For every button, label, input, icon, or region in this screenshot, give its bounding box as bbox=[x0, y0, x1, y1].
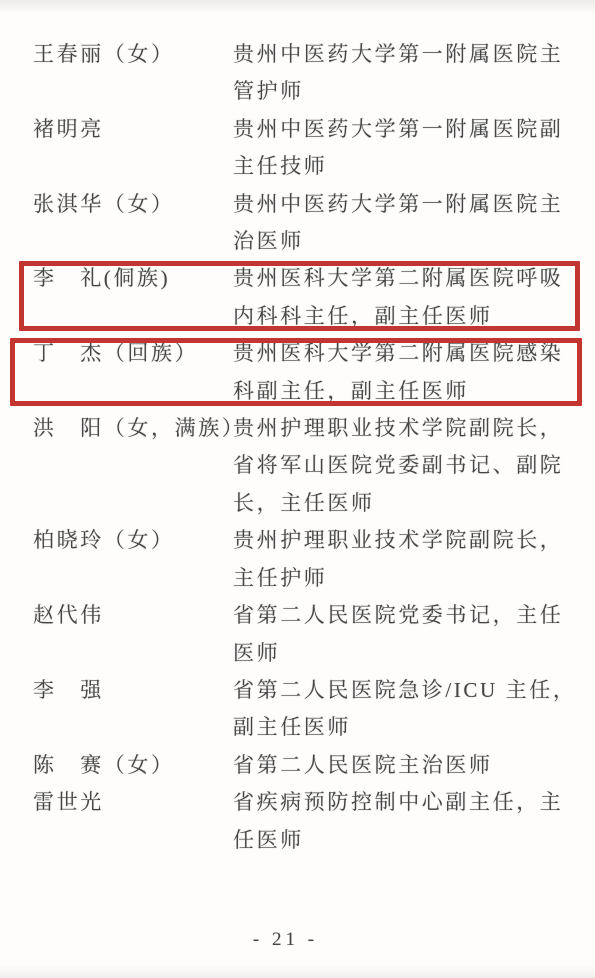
position-line: 贵州护理职业技术学院副院长， bbox=[233, 410, 595, 447]
position-line: 贵州护理职业技术学院副院长， bbox=[233, 522, 595, 559]
position-line: 省第二人民医院党委书记，主任 bbox=[233, 597, 595, 634]
position-line: 管护师 bbox=[233, 73, 595, 110]
person-position: 贵州中医药大学第一附属医院副主任技师 bbox=[233, 111, 595, 186]
position-line: 主任护师 bbox=[233, 560, 595, 597]
person-name: 张淇华（女） bbox=[33, 186, 233, 223]
person-name: 褚明亮 bbox=[33, 111, 233, 148]
person-position: 贵州护理职业技术学院副院长，主任护师 bbox=[233, 522, 595, 597]
person-position: 省第二人民医院急诊/ICU 主任，副主任医师 bbox=[233, 672, 595, 747]
roster-entry: 褚明亮贵州中医药大学第一附属医院副主任技师 bbox=[33, 111, 595, 186]
position-line: 省疾病预防控制中心副主任，主 bbox=[233, 784, 595, 821]
roster-entry: 陈 赛（女）省第二人民医院主治医师 bbox=[33, 747, 595, 784]
roster-entry: 张淇华（女）贵州中医药大学第一附属医院主治医师 bbox=[33, 186, 595, 261]
position-line: 省将军山医院党委副书记、副院 bbox=[233, 447, 595, 484]
person-position: 贵州医科大学第二附属医院呼吸内科科主任，副主任医师 bbox=[233, 260, 595, 335]
page-number: - 21 - bbox=[253, 929, 318, 950]
document-page: 王春丽（女）贵州中医药大学第一附属医院主管护师褚明亮贵州中医药大学第一附属医院副… bbox=[0, 0, 595, 978]
person-name: 丁 杰（回族） bbox=[33, 335, 233, 372]
position-line: 省第二人民医院急诊/ICU 主任， bbox=[233, 672, 595, 709]
position-line: 贵州中医药大学第一附属医院副 bbox=[233, 111, 595, 148]
person-position: 省疾病预防控制中心副主任，主任医师 bbox=[233, 784, 595, 859]
page-footer: - 21 - bbox=[0, 929, 595, 951]
person-name: 李 强 bbox=[33, 672, 233, 709]
person-position: 省第二人民医院主治医师 bbox=[233, 747, 595, 784]
person-position: 省第二人民医院党委书记，主任医师 bbox=[233, 597, 595, 672]
person-name: 洪 阳（女，满族） bbox=[33, 410, 233, 447]
position-line: 贵州中医药大学第一附属医院主 bbox=[233, 186, 595, 223]
person-position: 贵州中医药大学第一附属医院主管护师 bbox=[233, 36, 595, 111]
person-position: 贵州中医药大学第一附属医院主治医师 bbox=[233, 186, 595, 261]
roster-entry: 丁 杰（回族）贵州医科大学第二附属医院感染科副主任，副主任医师 bbox=[33, 335, 595, 410]
position-line: 任医师 bbox=[233, 822, 595, 859]
position-line: 医师 bbox=[233, 635, 595, 672]
person-name: 王春丽（女） bbox=[33, 36, 233, 73]
person-name: 陈 赛（女） bbox=[33, 747, 233, 784]
roster-list: 王春丽（女）贵州中医药大学第一附属医院主管护师褚明亮贵州中医药大学第一附属医院副… bbox=[33, 36, 595, 859]
roster-entry: 洪 阳（女，满族）贵州护理职业技术学院副院长，省将军山医院党委副书记、副院长，主… bbox=[33, 410, 595, 522]
person-name: 雷世光 bbox=[33, 784, 233, 821]
position-line: 贵州医科大学第二附属医院感染 bbox=[233, 335, 595, 372]
person-name: 赵代伟 bbox=[33, 597, 233, 634]
position-line: 省第二人民医院主治医师 bbox=[233, 747, 595, 784]
position-line: 副主任医师 bbox=[233, 709, 595, 746]
position-line: 治医师 bbox=[233, 223, 595, 260]
position-line: 贵州中医药大学第一附属医院主 bbox=[233, 36, 595, 73]
position-line: 科副主任，副主任医师 bbox=[233, 373, 595, 410]
roster-entry: 李 强省第二人民医院急诊/ICU 主任，副主任医师 bbox=[33, 672, 595, 747]
position-line: 主任技师 bbox=[233, 148, 595, 185]
roster-entry: 柏晓玲（女）贵州护理职业技术学院副院长，主任护师 bbox=[33, 522, 595, 597]
position-line: 长，主任医师 bbox=[233, 485, 595, 522]
person-position: 贵州医科大学第二附属医院感染科副主任，副主任医师 bbox=[233, 335, 595, 410]
person-name: 李 礼(侗族) bbox=[33, 260, 233, 297]
person-position: 贵州护理职业技术学院副院长，省将军山医院党委副书记、副院长，主任医师 bbox=[233, 410, 595, 522]
position-line: 贵州医科大学第二附属医院呼吸 bbox=[233, 260, 595, 297]
roster-entry: 李 礼(侗族)贵州医科大学第二附属医院呼吸内科科主任，副主任医师 bbox=[33, 260, 595, 335]
roster-entry: 雷世光省疾病预防控制中心副主任，主任医师 bbox=[33, 784, 595, 859]
person-name: 柏晓玲（女） bbox=[33, 522, 233, 559]
position-line: 内科科主任，副主任医师 bbox=[233, 298, 595, 335]
roster-entry: 王春丽（女）贵州中医药大学第一附属医院主管护师 bbox=[33, 36, 595, 111]
roster-entry: 赵代伟省第二人民医院党委书记，主任医师 bbox=[33, 597, 595, 672]
